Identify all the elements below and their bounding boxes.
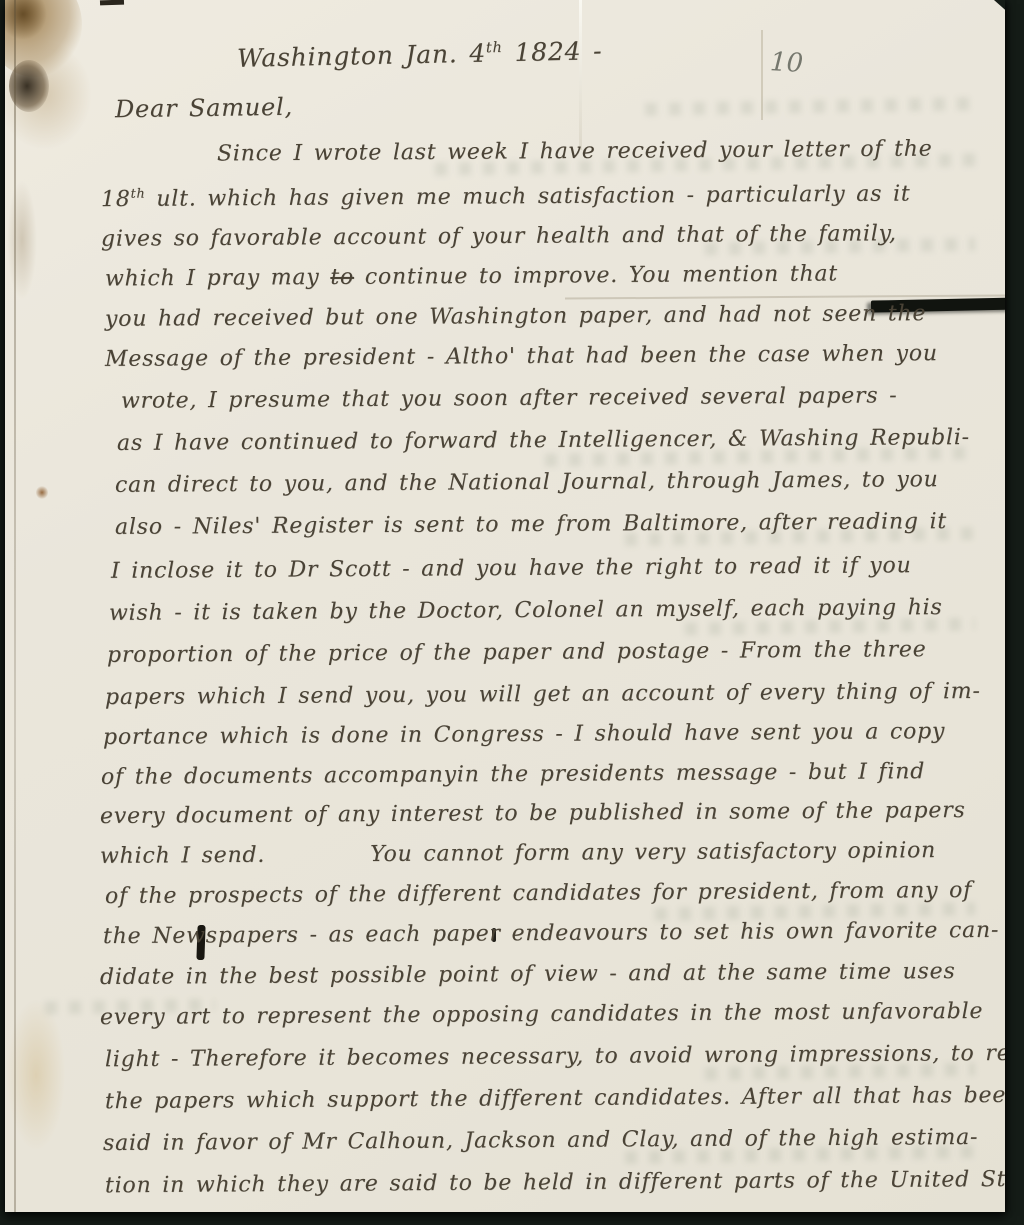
stain: [5, 0, 47, 40]
stain: [5, 40, 92, 150]
dateline: Washington Jan. 4th 1824 -: [237, 36, 603, 73]
body-line: 18th ult. which has given me much satisf…: [101, 181, 911, 212]
stain: [7, 180, 37, 300]
body-line: which I send.You cannot form any very sa…: [100, 838, 936, 869]
body-line: I inclose it to Dr Scott - and you have …: [111, 553, 912, 584]
body-line: wrote, I presume that you soon after rec…: [121, 383, 898, 413]
body-line: of the prospects of the different candid…: [105, 878, 972, 909]
body-line: as I have continued to forward the Intel…: [117, 425, 970, 456]
body-line: proportion of the price of the paper and…: [107, 637, 927, 668]
stain: [36, 486, 48, 499]
body-line: you had received but one Washington pape…: [105, 301, 926, 332]
body-line: tion in which they are said to be held i…: [105, 1167, 1005, 1199]
body-line: of the documents accompanyin the preside…: [101, 759, 925, 790]
body-line: didate in the best possible point of vie…: [100, 959, 956, 990]
body-line: papers which I send you, you will get an…: [105, 679, 981, 710]
body-line: the Newspapers - as each paper endeavour…: [103, 918, 999, 949]
body-line: every document of any interest to be pub…: [100, 798, 966, 829]
fold-crease: [579, 0, 582, 150]
body-line: gives so favorable account of your healt…: [101, 221, 897, 252]
bleedthrough-texture: [645, 97, 975, 116]
body-line: can direct to you, and the National Jour…: [115, 467, 939, 498]
body-line: Since I wrote last week I have received …: [217, 137, 933, 167]
scan-backdrop: { "page": { "description": "Scanned hand…: [0, 0, 1024, 1225]
body-line: light - Therefore it becomes necessary, …: [105, 1041, 1005, 1073]
ink-mark: [100, 0, 124, 5]
salutation: Dear Samuel,: [115, 93, 293, 123]
body-line: portance which is done in Congress - I s…: [103, 719, 945, 750]
paper-corner-notch: [991, 0, 1005, 15]
body-line: every art to represent the opposing cand…: [100, 999, 983, 1030]
body-line: Message of the president - Altho' that h…: [105, 341, 938, 372]
letter-page: 10 Washington Jan. 4th 1824 -Dear Samuel…: [5, 0, 1005, 1212]
stain: [5, 0, 82, 77]
body-line: the papers which support the different c…: [105, 1083, 1005, 1114]
body-line: also - Niles' Register is sent to me fro…: [115, 509, 947, 540]
body-line: wish - it is taken by the Doctor, Colone…: [109, 595, 943, 626]
fold-crease: [14, 0, 16, 1212]
fold-crease: [761, 30, 763, 120]
body-line: said in favor of Mr Calhoun, Jackson and…: [103, 1125, 978, 1156]
body-line: which I pray may to continue to improve.…: [105, 261, 838, 291]
page-number-annotation: 10: [769, 47, 804, 79]
